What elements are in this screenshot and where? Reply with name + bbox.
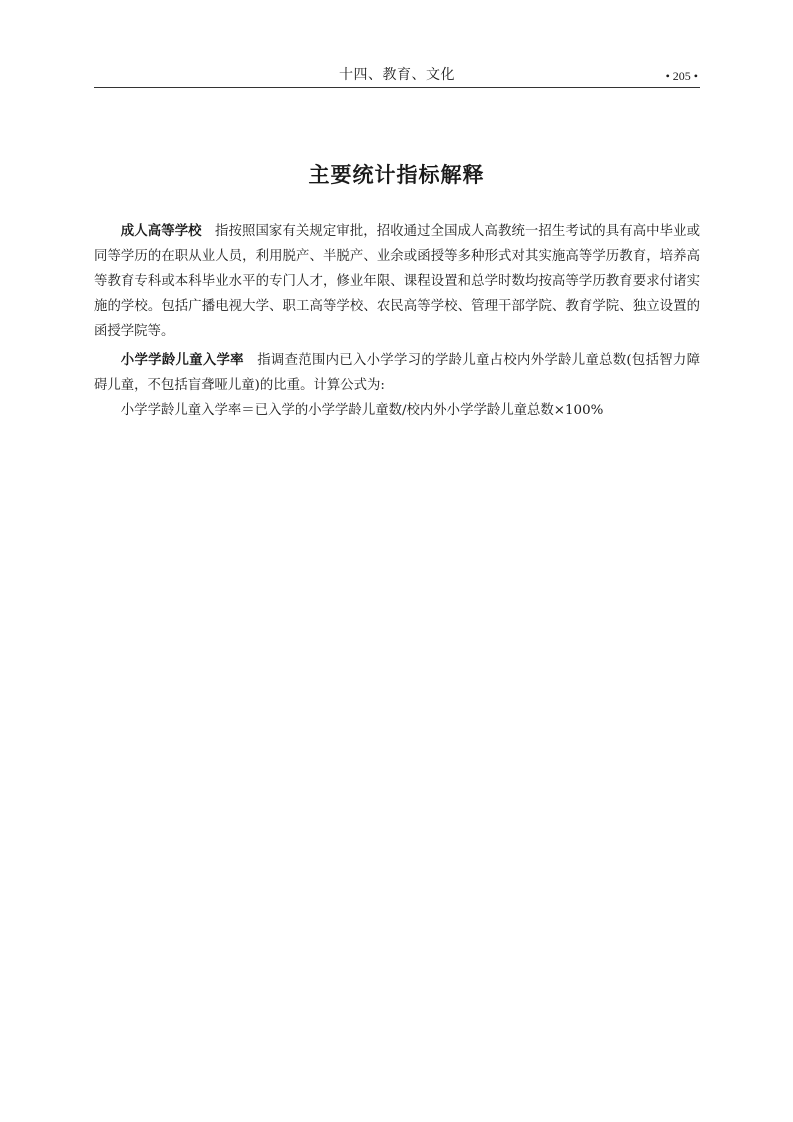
entry-term: 成人高等学校 (121, 224, 202, 239)
entry-term: 小学学龄儿童入学率 (121, 353, 244, 368)
document-body: 成人高等学校指按照国家有关规定审批，招收通过全国成人高教统一招生考试的具有高中毕… (94, 219, 700, 423)
entry-definition: 指按照国家有关规定审批，招收通过全国成人高教统一招生考试的具有高中毕业或同等学历… (94, 224, 700, 339)
page-title: 主要统计指标解释 (0, 161, 793, 189)
header-rule (94, 87, 700, 88)
page-header: 十四、教育、文化 • 205 • (94, 66, 700, 88)
running-title: 十四、教育、文化 (94, 66, 700, 84)
formula: 小学学龄儿童入学率＝已入学的小学学龄儿童数/校内外小学学龄儿童总数×100% (94, 398, 700, 423)
entry-adult-higher-education: 成人高等学校指按照国家有关规定审批，招收通过全国成人高教统一招生考试的具有高中毕… (94, 219, 700, 344)
page-number: • 205 • (666, 67, 698, 85)
entry-primary-enrollment-rate: 小学学龄儿童入学率指调查范围内已入小学学习的学龄儿童占校内外学龄儿童总数(包括智… (94, 348, 700, 398)
